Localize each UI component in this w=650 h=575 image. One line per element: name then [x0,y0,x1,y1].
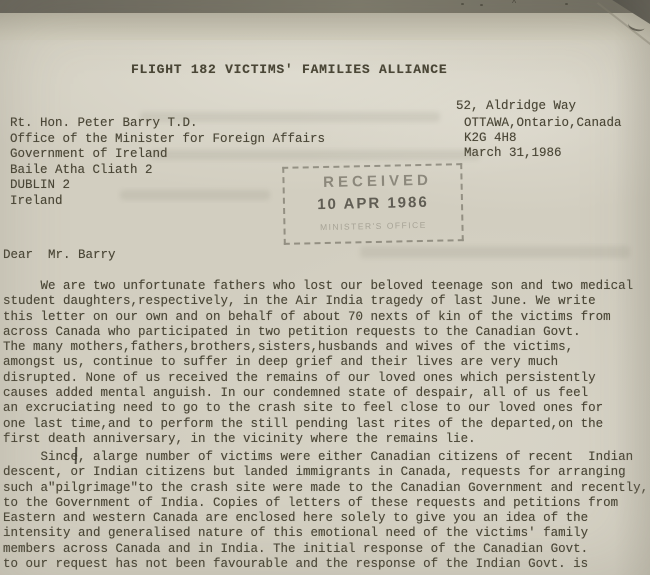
underlying-page-edge [0,13,650,40]
scan-speck [565,3,568,5]
scan-speck [480,4,483,6]
sender-address-line1: 52, Aldridge Way [456,99,576,113]
recipient-address: Rt. Hon. Peter Barry T.D. Office of the … [10,116,325,209]
body-paragraph-2: Since, alarge number of victims were eit… [3,450,648,572]
stamp-office-text: MINISTER'S OFFICE [285,219,461,233]
received-stamp: RECEIVED 10 APR 1986 MINISTER'S OFFICE [282,163,464,245]
body-paragraph-1: We are two unfortunate fathers who lost … [3,279,633,447]
scan-mark: ^ [512,0,516,8]
salutation: Dear Mr. Barry [3,248,116,262]
stamp-received-text: RECEIVED [284,171,460,192]
scan-top-edge [0,0,650,13]
ink-bleedthrough [360,246,630,258]
stamp-date-text: 10 APR 1986 [285,193,461,214]
scan-speck [461,3,464,5]
sender-address-lines: OTTAWA,Ontario,Canada K2G 4H8 March 31,1… [464,116,622,160]
letterhead-title: FLIGHT 182 VICTIMS' FAMILIES ALLIANCE [131,62,447,77]
scanned-letter-page: ^ FLIGHT 182 VICTIMS' FAMILIES ALLIANCE … [0,0,650,575]
